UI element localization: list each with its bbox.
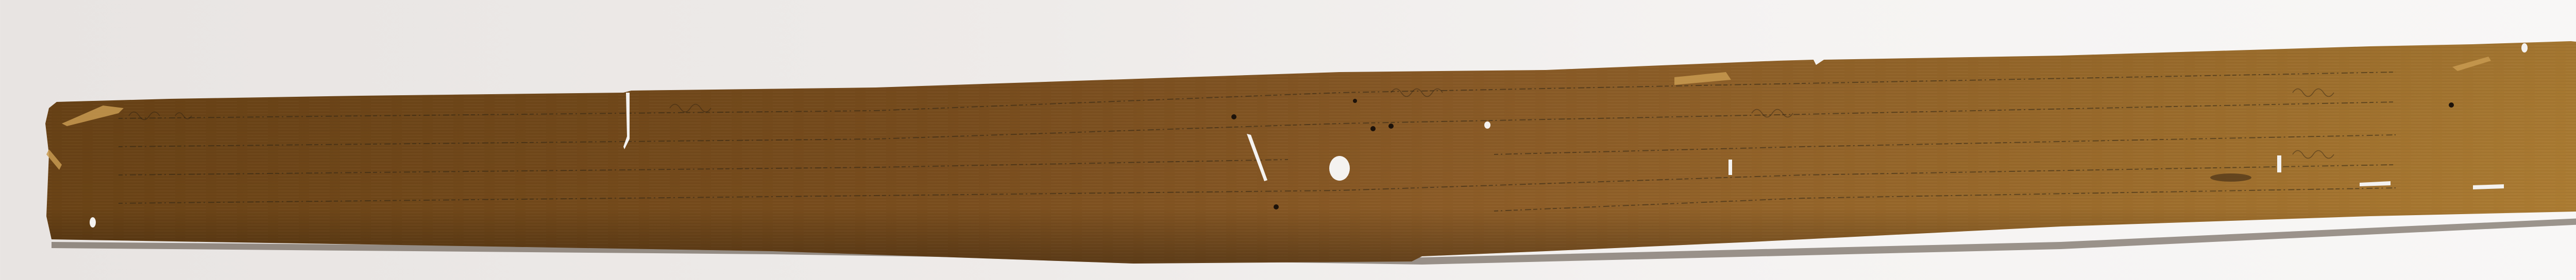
palm-leaf-photo — [0, 0, 2576, 280]
string-hole — [1329, 156, 1350, 181]
